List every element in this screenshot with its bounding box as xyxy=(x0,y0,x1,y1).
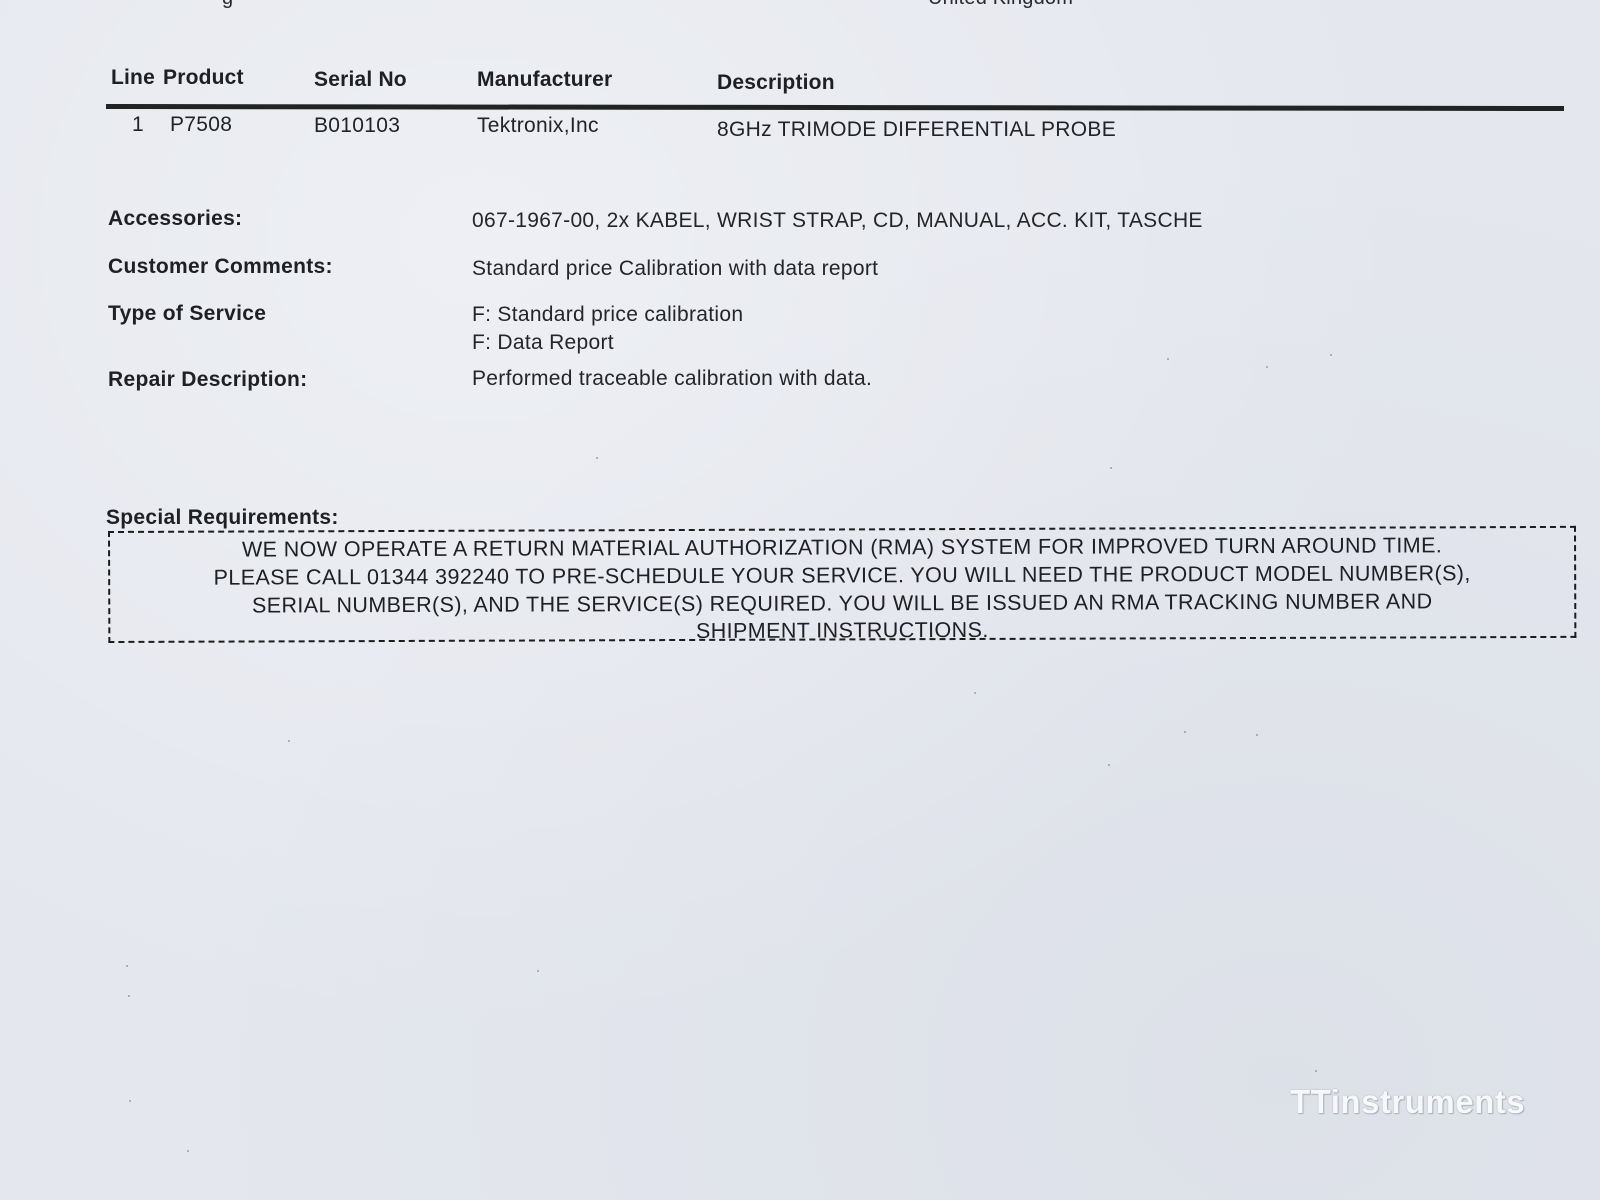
type-of-service-value-2: F: Data Report xyxy=(472,331,614,355)
customer-comments-label: Customer Comments: xyxy=(108,255,333,279)
repair-description-value: Performed traceable calibration with dat… xyxy=(472,367,872,391)
type-of-service-label: Type of Service xyxy=(108,302,266,326)
header-fragment-left: g xyxy=(222,0,233,10)
cell-description: 8GHz TRIMODE DIFFERENTIAL PROBE xyxy=(717,118,1116,142)
special-requirements-label: Special Requirements: xyxy=(106,506,339,530)
repair-description-label: Repair Description: xyxy=(108,368,307,392)
special-requirements-box: WE NOW OPERATE A RETURN MATERIAL AUTHORI… xyxy=(108,526,1576,643)
column-header-description: Description xyxy=(717,71,835,95)
customer-comments-value: Standard price Calibration with data rep… xyxy=(472,257,878,281)
speck xyxy=(974,692,976,694)
column-header-serial-no: Serial No xyxy=(314,68,407,92)
special-requirements-line-3: SERIAL NUMBER(S), AND THE SERVICE(S) REQ… xyxy=(110,589,1574,619)
speck xyxy=(288,740,290,742)
speck xyxy=(1110,467,1112,469)
special-requirements-line-1: WE NOW OPERATE A RETURN MATERIAL AUTHORI… xyxy=(110,533,1574,563)
header-country: United Kingdom xyxy=(928,0,1073,10)
speck xyxy=(1184,731,1186,733)
speck xyxy=(1108,764,1110,766)
cell-serial-no: B010103 xyxy=(314,114,400,138)
speck xyxy=(596,457,598,459)
accessories-label: Accessories: xyxy=(108,207,242,231)
special-requirements-line-2: PLEASE CALL 01344 392240 TO PRE-SCHEDULE… xyxy=(110,561,1574,591)
speck xyxy=(126,965,128,967)
watermark-logo: TTinstruments xyxy=(1290,1083,1525,1121)
accessories-value: 067-1967-00, 2x KABEL, WRIST STRAP, CD, … xyxy=(472,209,1203,233)
column-header-product: Product xyxy=(163,66,244,90)
speck xyxy=(128,995,130,997)
cell-line: 1 xyxy=(132,113,144,137)
type-of-service-value-1: F: Standard price calibration xyxy=(472,303,743,327)
speck xyxy=(1167,358,1169,360)
speck xyxy=(1266,366,1268,368)
column-header-manufacturer: Manufacturer xyxy=(477,68,612,92)
cell-manufacturer: Tektronix,Inc xyxy=(477,114,599,138)
special-requirements-line-4: SHIPMENT INSTRUCTIONS. xyxy=(110,616,1574,646)
table-header-rule xyxy=(106,104,1564,111)
speck xyxy=(187,1150,189,1152)
speck xyxy=(1330,354,1332,356)
cell-product: P7508 xyxy=(170,113,232,137)
speck xyxy=(1256,734,1258,736)
speck xyxy=(1315,1070,1317,1072)
column-header-line: Line xyxy=(111,66,155,90)
speck xyxy=(129,1100,131,1102)
speck xyxy=(537,970,539,972)
